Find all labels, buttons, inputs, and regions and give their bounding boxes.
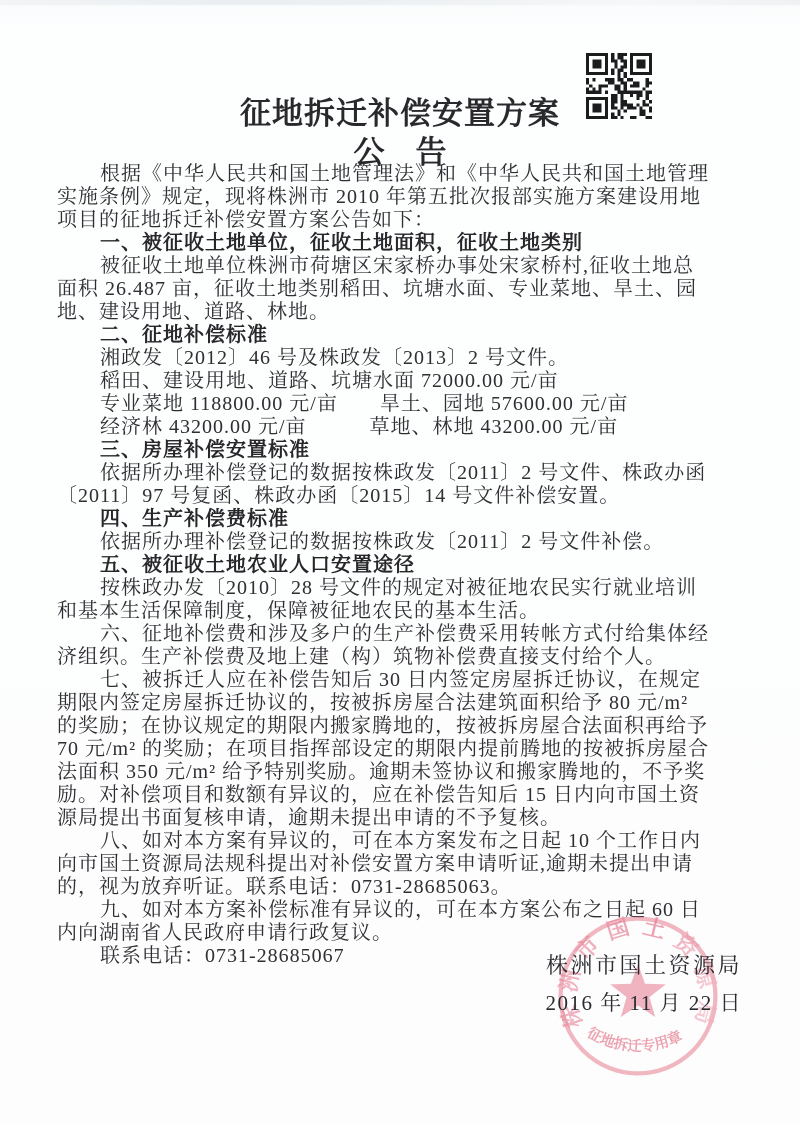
body-line: 励。对补偿项目和数额有异议的，应在补偿告知后 15 日内向市国土资	[57, 784, 745, 807]
body-line: 根据《中华人民共和国土地管理法》和《中华人民共和国土地管理	[57, 163, 745, 186]
document-page: 征地拆迁补偿安置方案 公 告 根据《中华人民共和国土地管理法》和《中华人民共和国…	[0, 0, 800, 1124]
body-line: 五、被征收土地农业人口安置途径	[57, 554, 745, 577]
body-line: 依据所办理补偿登记的数据按株政发〔2011〕2 号文件、株政办函	[57, 462, 745, 485]
body-line: 六、征地补偿费和涉及多户的生产补偿费采用转帐方式付给集体经	[57, 623, 745, 646]
document-body: 根据《中华人民共和国土地管理法》和《中华人民共和国土地管理实施条例》规定，现将株…	[57, 163, 745, 968]
body-line: 法面积 350 元/m² 给予特别奖励。逾期未签协议和搬家腾地的，不予奖	[57, 761, 745, 784]
seal-banner-text-holder: 征地拆迁专用章	[584, 1023, 685, 1055]
body-line: 二、征地补偿标准	[57, 324, 745, 347]
body-line: 三、房屋补偿安置标准	[57, 439, 745, 462]
body-line: 被征收土地单位株洲市荷塘区宋家桥办事处宋家桥村,征收土地总	[57, 255, 745, 278]
body-line: 项目的征地拆迁补偿安置方案公告如下：	[57, 209, 745, 232]
body-line: 稻田、建设用地、道路、坑塘水面 72000.00 元/亩	[57, 370, 745, 393]
body-line: 的奖励；在协议规定的期限内搬家腾地的，按被拆房屋合法面积再给予	[57, 715, 745, 738]
body-line: 70 元/m² 的奖励；在项目指挥部设定的期限内提前腾地的按被拆房屋合	[57, 738, 745, 761]
body-line: 的，视为放弃听证。联系电话：0731-28685063。	[57, 876, 745, 899]
issue-date: 2016 年 11 月 22 日	[546, 990, 742, 1016]
body-line: 湘政发〔2012〕46 号及株政发〔2013〕2 号文件。	[57, 347, 745, 370]
body-line: 济组织。生产补偿费及地上建（构）筑物补偿费直接支付给个人。	[57, 646, 745, 669]
scan-edge-artifact	[0, 0, 800, 5]
body-line: 和基本生活保障制度，保障被征地农民的基本生活。	[57, 600, 745, 623]
body-line: 八、如对本方案有异议的，可在本方案发布之日起 10 个工作日内	[57, 830, 745, 853]
seal-banner-text: 征地拆迁专用章	[584, 1023, 685, 1055]
body-line: 面积 26.487 亩，征收土地类别稻田、坑塘水面、专业菜地、旱土、园	[57, 278, 745, 301]
body-line: 向市国土资源局法规科提出对补偿安置方案申请听证,逾期未提出申请	[57, 853, 745, 876]
body-line: 一、被征收土地单位，征收土地面积，征收土地类别	[57, 232, 745, 255]
body-line: 按株政办发〔2010〕28 号文件的规定对被征地农民实行就业培训	[57, 577, 745, 600]
body-line: 依据所办理补偿登记的数据按株政发〔2011〕2 号文件补偿。	[57, 531, 745, 554]
body-line: 地、建设用地、道路、林地。	[57, 301, 745, 324]
body-line: 实施条例》规定，现将株洲市 2010 年第五批次报部实施方案建设用地	[57, 186, 745, 209]
body-line: 四、生产补偿费标准	[57, 508, 745, 531]
issuing-agency: 株洲市国土资源局	[546, 953, 742, 979]
signature-block: 株洲市国土资源局 2016 年 11 月 22 日	[546, 953, 742, 1016]
body-line: 〔2011〕97 号复函、株政办函〔2015〕14 号文件补偿安置。	[57, 485, 745, 508]
body-line: 专业菜地 118800.00 元/亩 旱土、园地 57600.00 元/亩	[57, 393, 745, 416]
body-line: 经济林 43200.00 元/亩 草地、林地 43200.00 元/亩	[57, 416, 745, 439]
body-line: 源局提出书面复核申请，逾期未提出申请的不予复核。	[57, 807, 745, 830]
body-line: 七、被拆迁人应在补偿告知后 30 日内签定房屋拆迁协议，在规定	[57, 669, 745, 692]
body-line: 期限内签定房屋拆迁协议的，按被拆房屋合法建筑面积给予 80 元/m²	[57, 692, 745, 715]
